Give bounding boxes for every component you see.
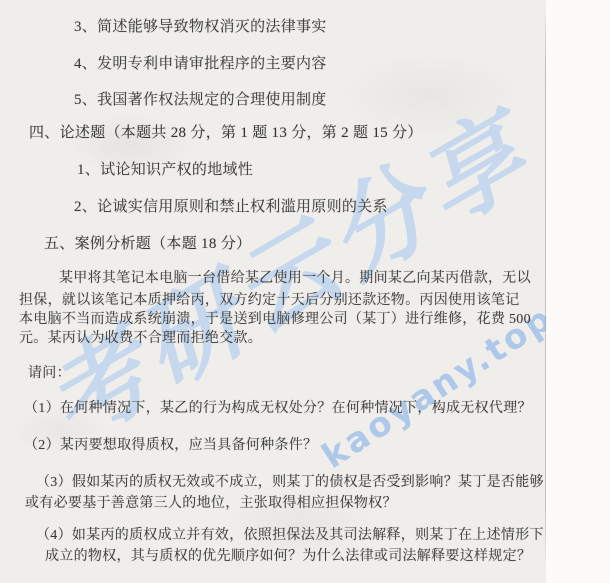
case-question-1: （1）在何种情况下，某乙的行为构成无权处分？在何种情况下，构成无权代理？: [24, 401, 532, 417]
essay-item-1: 1、试论知识产权的地域性: [77, 162, 253, 179]
short-answer-item-4: 4、发明专利申请审批程序的主要内容: [74, 56, 327, 73]
case-body-line-1: 某甲将其笔记本电脑一台借给某乙使用一个月。期间某乙向某丙借款，无以: [59, 271, 531, 287]
short-answer-item-3: 3、简述能够导致物权消灭的法律事实: [74, 19, 327, 36]
scan-page-edge-line: [545, 15, 546, 561]
case-section-heading: 五、案例分析题（本题 18 分）: [44, 236, 251, 253]
short-answer-item-5: 5、我国著作权法规定的合理使用制度: [74, 92, 327, 109]
case-question-3-line-2: 或有必要基于善意第三人的地位，主张取得相应担保物权？: [25, 496, 397, 512]
case-question-3-line-1: （3）假如某丙的质权无效或不成立，则某丁的债权是否受到影响？某丁是否能够: [36, 475, 544, 491]
case-question-4-line-2: 成立的物权，其与质权的优先顺序如何？为什么法律或司法解释要这样规定？: [45, 549, 531, 565]
case-body-line-4: 元。某丙认为收费不合理而拒绝交款。: [19, 331, 262, 347]
case-question-4-line-1: （4）如某丙的质权成立并有效，依照担保法及其司法解释，则某丁在上述情形下: [36, 528, 544, 544]
case-prompt: 请问：: [28, 366, 71, 382]
case-body-line-2: 担保，就以该笔记本质押给丙，双方约定十天后分别还款还物。丙因使用该笔记: [19, 293, 520, 309]
case-question-2: （2）某丙要想取得质权，应当具备何种条件？: [24, 438, 317, 454]
essay-item-2: 2、论诚实信用原则和禁止权利滥用原则的关系: [74, 199, 388, 216]
case-body-line-3: 本电脑不当而造成系统崩溃，于是送到电脑修理公司（某丁）进行维修，花费 500: [19, 312, 531, 328]
scan-right-margin: [546, 0, 610, 583]
essay-section-heading: 四、论述题（本题共 28 分，第 1 题 13 分，第 2 题 15 分）: [29, 125, 423, 142]
scanned-exam-page: 考研云分享 kaoyany.top 3、简述能够导致物权消灭的法律事实 4、发明…: [0, 0, 610, 583]
